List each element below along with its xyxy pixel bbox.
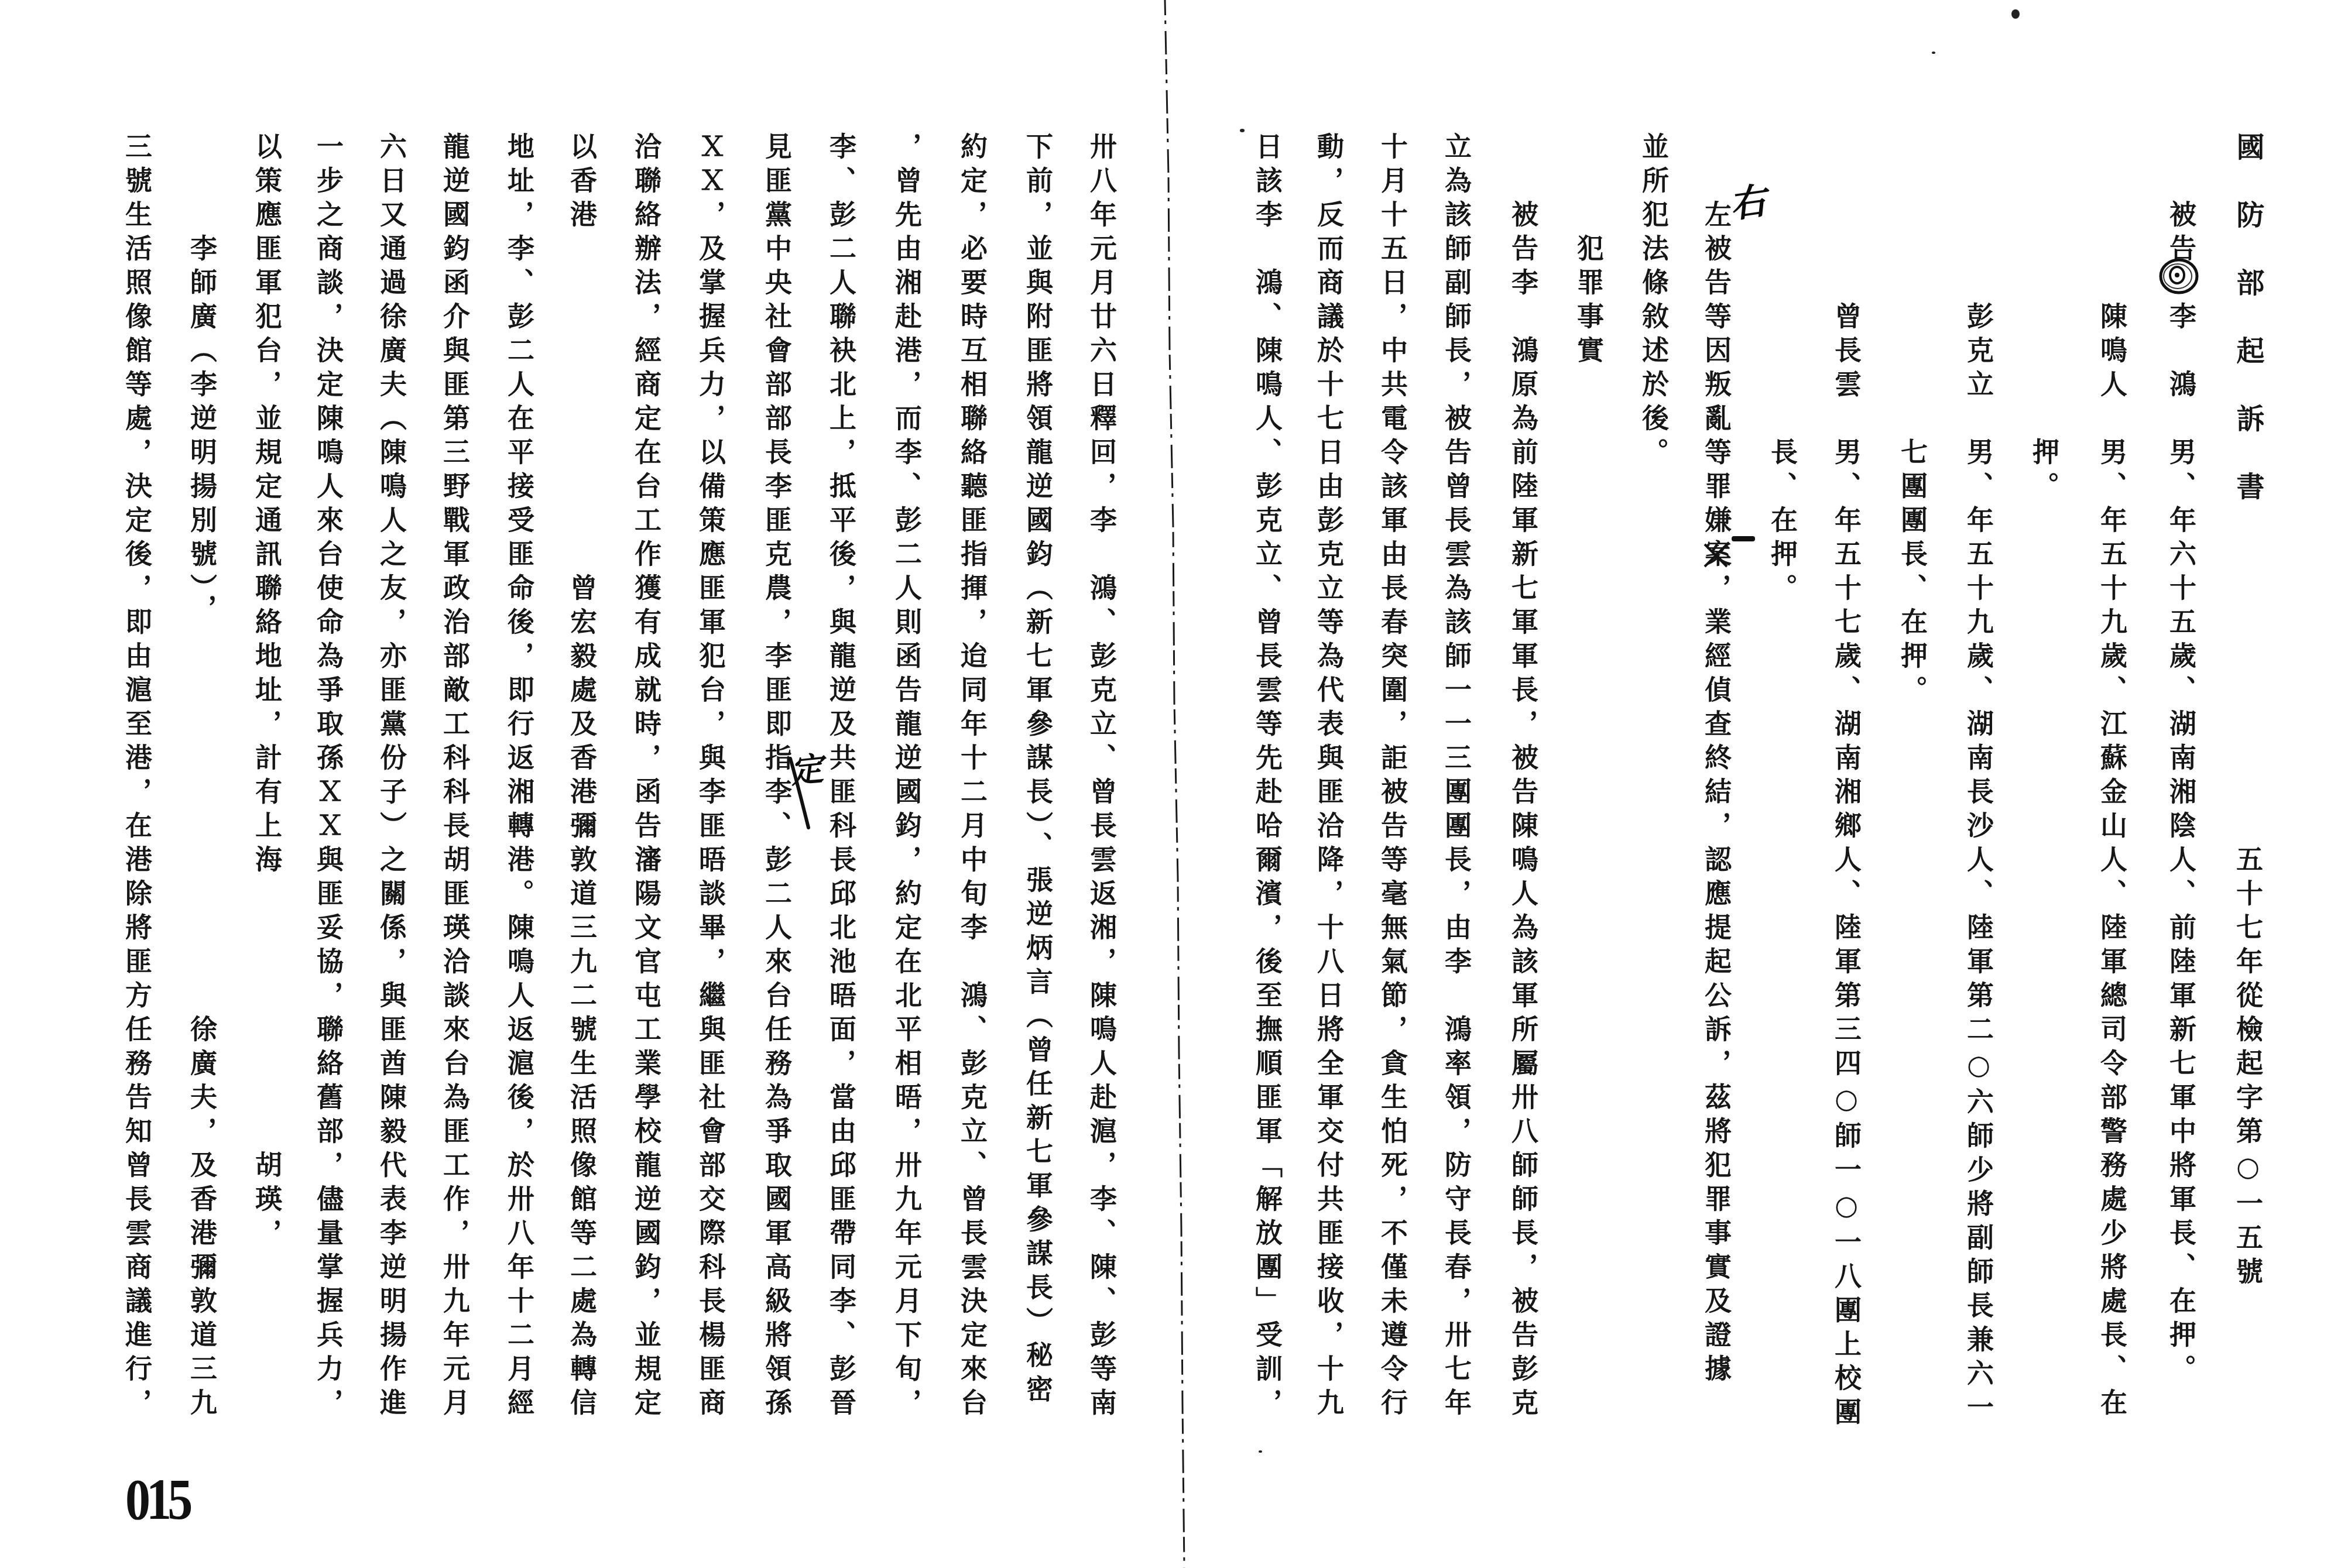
facts-paragraph-line: 下前，並與附匪將領龍逆國鈞（新七軍參謀長）、張逆炳言（曾任新七軍參謀長）秘密	[1024, 132, 1051, 1409]
facts-paragraph-line: 十月十五日，中共電令該軍由長春突圍，詎被告等毫無氣節，貪生怕死，不僅未遵令行	[1379, 132, 1406, 1422]
facts-paragraph-line: 立為該師副師長，被告曾長雲為該師一一三團團長，由李 鴻率領，防守長春，卅七年	[1443, 132, 1470, 1422]
facts-paragraph-line: 徐廣夫，及香港彌敦道三九	[188, 1015, 215, 1422]
defendant-peng-keli: 彭克立 男、年五十九歲、湖南長沙人、陸軍第二○六師少將副師長兼六一	[1965, 302, 1992, 1427]
defendant-chen-mingren-cont: 押。	[2031, 438, 2058, 506]
document-title: 國防部起訴書	[2234, 132, 2262, 540]
handwritten-insertion: 定	[789, 752, 825, 788]
scan-speck	[2011, 9, 2020, 19]
facts-paragraph-line: 李、彭二人聯袂北上，抵平後，與龍逆及共匪科長邱北池晤面，當由邱匪帶同李、彭晉	[828, 132, 855, 1422]
facts-paragraph-line: 三號生活照像館等處，決定後，即由滬至港，在港除將匪方任務告知曾長雲商議進行，	[124, 132, 150, 1422]
indictment-statement: 左被告等因叛亂等罪嫌案，業經偵查終結，認應提起公訴，茲將犯罪事實及證據	[1703, 200, 1730, 1388]
case-number: 五十七年從檢起字第○一五號	[2234, 845, 2261, 1291]
facts-paragraph-line: 日該李 鴻、陳鳴人、彭克立、曾長雲等先赴哈爾濱，後至撫順匪軍「解放團」受訓，	[1254, 132, 1281, 1422]
facts-paragraph-line: ，曾先由湘赴港，而李、彭二人則函告龍逆國鈞，約定在北平相晤，卅九年元月下旬，	[893, 132, 920, 1422]
facts-paragraph-line: 李師廣（李逆明揚別號），	[188, 234, 215, 628]
defendant-zeng-changyun: 曾長雲 男、年五十七歲、湖南湘鄉人、陸軍第三四○師一○一八團上校團	[1833, 302, 1860, 1432]
facts-paragraph-line: 見匪黨中央社會部部長李匪克農，李匪即指李、彭二人來台任務為爭取國軍高級將領孫	[763, 132, 790, 1422]
defendant-li-hong: 被告 李 鴻 男、年六十五歲、湖南湘陰人、前陸軍新七軍中將軍長、在押。	[2168, 200, 2195, 1388]
defendant-chen-mingren: 陳鳴人 男、年五十九歲、江蘇金山人、陸軍總司令部警務處少將處長、在	[2099, 302, 2126, 1422]
facts-paragraph-line: 一步之商談，決定陳鳴人來台使命為爭取孫ＸＸ與匪妥協，聯絡舊部，儘量掌握兵力，	[315, 132, 342, 1422]
page-number: 015	[125, 1470, 188, 1529]
facts-paragraph-line: 以香港	[568, 132, 595, 234]
scan-speck	[1259, 1450, 1262, 1453]
facts-paragraph-line: 地址，李、彭二人在平接受匪命後，即行返湘轉港。陳鳴人返滬後，於卅八年十二月經	[506, 132, 533, 1422]
facts-paragraph-line: 約定，必要時互相聯絡聽匪指揮，迨同年十二月中旬李 鴻、彭克立、曾長雲決定來台	[959, 132, 986, 1422]
facts-paragraph-line: 動，反而商議於十七日由彭克立等為代表與匪洽降，十八日將全軍交付共匪接收，十九	[1315, 132, 1342, 1422]
section-heading-facts: 犯罪事實	[1575, 234, 1602, 370]
facts-paragraph-line: 胡瑛，	[253, 1151, 280, 1253]
facts-paragraph-line: ＸＸ，及掌握兵力，以備策應匪軍犯台，與李匪晤談畢，繼與匪社會部交際科長楊匪商	[697, 132, 724, 1422]
facts-paragraph-line: 龍逆國鈞函介與匪第三野戰軍政治部敵工科科長胡匪瑛洽談來台為匪工作，卅九年元月	[441, 132, 468, 1422]
facts-paragraph-line: 六日又通過徐廣夫（陳鳴人之友，亦匪黨份子）之關係，與匪酋陳毅代表李逆明揚作進	[378, 132, 405, 1422]
facts-paragraph-line: 卅八年元月廿六日釋回，李 鴻、彭克立、曾長雲返湘，陳鳴人赴滬，李、陳、彭等南	[1088, 132, 1115, 1422]
scan-speck	[1932, 52, 1935, 54]
scan-speck	[1240, 129, 1245, 132]
facts-paragraph-line: 以策應匪軍犯台，並規定通訊聯絡地址，計有上海	[253, 132, 280, 879]
indictment-statement-cont: 並所犯法條敘述於後。	[1640, 132, 1667, 472]
handwritten-correction: 右	[1728, 183, 1768, 224]
facts-paragraph-line: 洽聯絡辦法，經商定在台工作獲有成就時，函告瀋陽文官屯工業學校龍逆國鈞，並規定	[633, 132, 660, 1422]
facts-paragraph-line: 被告李 鴻原為前陸軍新七軍軍長，被告陳鳴人為該軍所屬卅八師師長，被告彭克	[1510, 200, 1537, 1422]
defendant-zeng-changyun-cont: 長、在押。	[1769, 438, 1796, 608]
defendant-peng-keli-cont: 七團團長、在押。	[1899, 438, 1926, 709]
facts-paragraph-line: 曾宏毅處及香港彌敦道三九二號生活照像館等二處為轉信	[568, 574, 595, 1422]
